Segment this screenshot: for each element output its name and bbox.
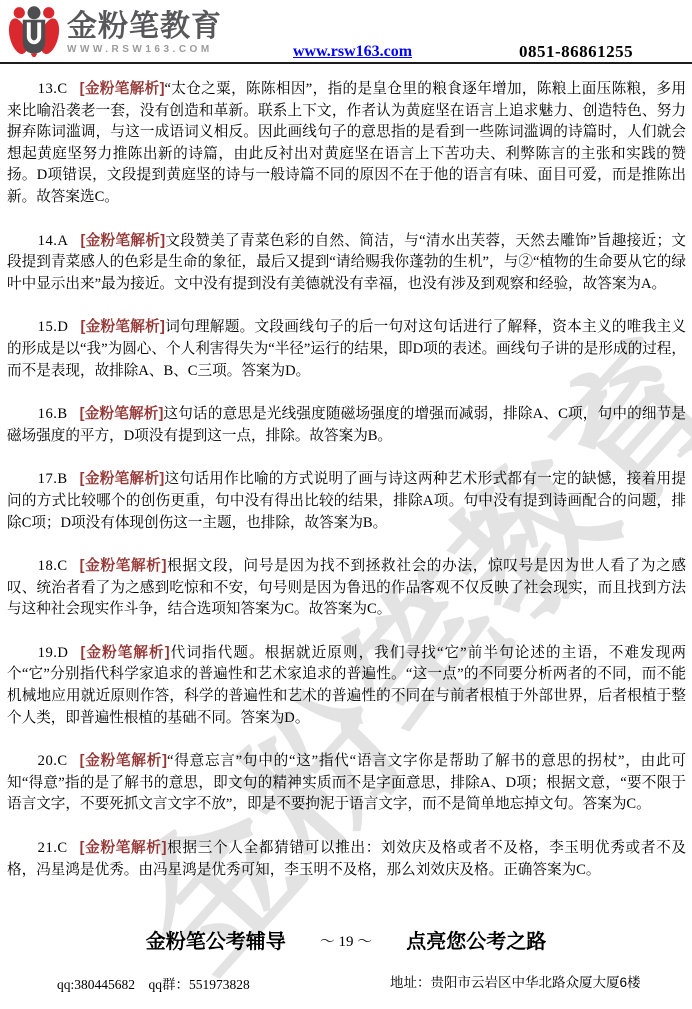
answer-text: “太仓之粟，陈陈相因”，指的是皇仓里的粮食逐年增加，陈粮上面压陈粮，多用来比喻沿… [7, 81, 686, 205]
answer-item: 16.B[金粉笔解析]这句话的意思是光线强度随磁场强度的增强而减弱，排除A、C项… [7, 404, 686, 447]
answer-item: 13.C[金粉笔解析]“太仓之粟，陈陈相因”，指的是皇仓里的粮食逐年增加，陈粮上… [7, 79, 686, 209]
analysis-label: [金粉笔解析] [80, 840, 167, 856]
answer-number: 14.A [38, 233, 69, 249]
answer-item: 15.D[金粉笔解析]词句理解题。文段画线句子的后一句对这句话进行了解释，资本主… [7, 317, 686, 382]
brand-logo-text: 金粉笔教育 WWW.RSW163.COM [67, 12, 222, 55]
answer-item: 20.C[金粉笔解析]“得意忘言”句中的“这”指代“语言文字你是帮助了解书的意思… [7, 751, 686, 816]
answer-item: 17.B[金粉笔解析]这句话用作比喻的方式说明了画与诗这两种艺术形式都有一定的缺… [7, 469, 686, 534]
phone-number: 0851-86861255 [519, 42, 633, 62]
answer-list: 13.C[金粉笔解析]“太仓之粟，陈陈相因”，指的是皇仓里的粮食逐年增加，陈粮上… [7, 79, 686, 903]
footer-address: 地址：贵阳市云岩区中华北路众厦大厦6楼 [390, 971, 641, 991]
footer-contact-line: qq:380445682 qq群：551973828 地址：贵阳市云岩区中华北路… [0, 971, 692, 991]
answer-number: 19.D [38, 645, 69, 661]
footer-brand-left: 金粉笔公考辅导 [146, 931, 286, 953]
brand-domain: WWW.RSW163.COM [67, 45, 222, 55]
answer-item: 19.D[金粉笔解析]代词指代题。根据就近原则，我们寻找“它”前半句论述的主语，… [7, 643, 686, 729]
answer-number: 18.C [38, 558, 68, 574]
analysis-label: [金粉笔解析] [80, 233, 165, 249]
footer-slogan-right: 点亮您公考之路 [406, 931, 546, 953]
answer-number: 15.D [38, 319, 69, 335]
answer-number: 21.C [38, 840, 68, 856]
analysis-label: [金粉笔解析] [80, 81, 165, 97]
website-link[interactable]: www.rsw163.com [293, 43, 412, 61]
answer-number: 17.B [38, 471, 68, 487]
analysis-label: [金粉笔解析] [80, 406, 164, 422]
analysis-label: [金粉笔解析] [80, 645, 169, 661]
answer-item: 21.C[金粉笔解析]根据三个人全都猜错可以推出：刘效庆及格或者不及格，李玉明优… [7, 838, 686, 881]
brand-name: 金粉笔教育 [67, 12, 222, 42]
page-number: ～ 19 ～ [320, 934, 373, 950]
analysis-label: [金粉笔解析] [80, 319, 164, 335]
answer-item: 14.A[金粉笔解析]文段赞美了青菜色彩的自然、简洁，与“清水出芙蓉，天然去雕饰… [7, 231, 686, 296]
brand-logo-icon [8, 5, 60, 62]
analysis-label: [金粉笔解析] [80, 753, 167, 769]
answer-item: 18.C[金粉笔解析]根据文段，问号是因为找不到拯救社会的办法，惊叹号是因为世人… [7, 556, 686, 621]
header-divider [0, 62, 692, 64]
footer-title-line: 金粉笔公考辅导 ～ 19 ～ 点亮您公考之路 [0, 925, 692, 954]
analysis-label: [金粉笔解析] [80, 471, 165, 487]
answer-number: 20.C [38, 753, 68, 769]
brand-logo: 金粉笔教育 WWW.RSW163.COM [8, 5, 222, 62]
page-header: 金粉笔教育 WWW.RSW163.COM www.rsw163.com 0851… [0, 0, 692, 64]
answer-number: 13.C [38, 81, 68, 97]
answer-number: 16.B [38, 406, 68, 422]
analysis-label: [金粉笔解析] [80, 558, 167, 574]
footer-qq-contacts: qq:380445682 qq群：551973828 [57, 973, 250, 993]
